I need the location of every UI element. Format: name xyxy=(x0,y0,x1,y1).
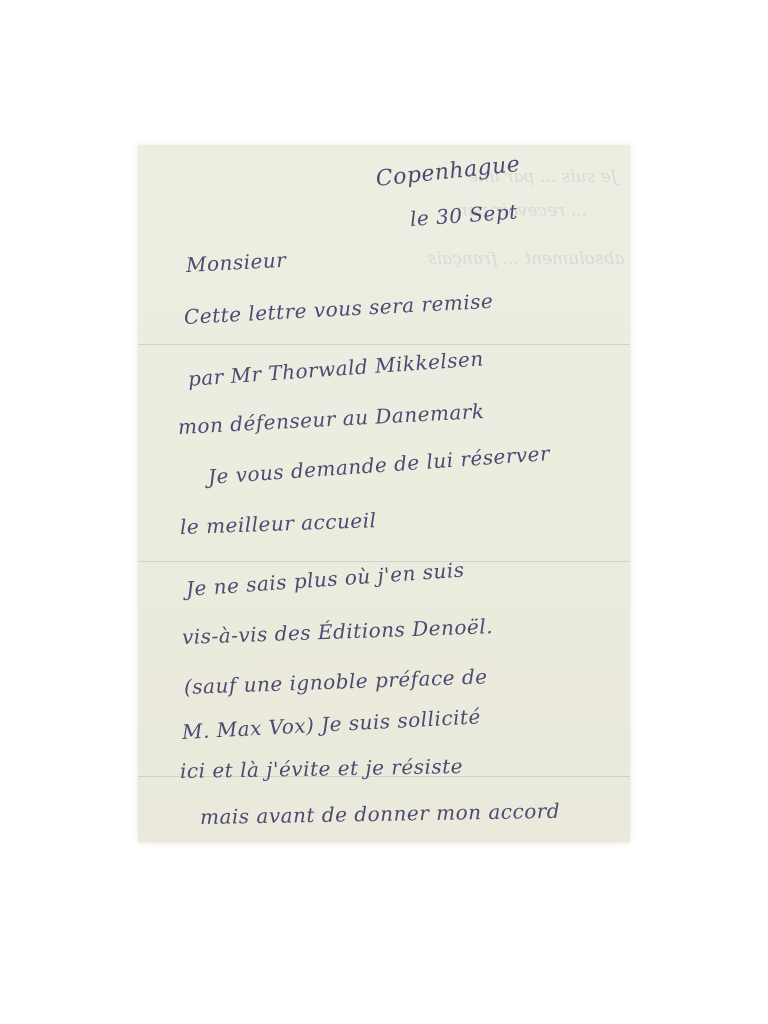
letter-line: mon défenseur au Danemark xyxy=(177,399,485,439)
letter-salutation: Monsieur xyxy=(185,248,286,277)
letter-date: le 30 Sept xyxy=(409,200,518,231)
letter-line: mais avant de donner mon accord xyxy=(200,799,561,829)
letter-line: (sauf une ignoble préface de xyxy=(184,664,488,699)
handwritten-letter-sheet: Je suis ... par une ... recevoir par ...… xyxy=(138,145,630,842)
fold-crease xyxy=(138,560,630,562)
letter-line: Je vous demande de lui réserver xyxy=(207,441,551,489)
letter-line: ici et là j'évite et je résiste xyxy=(180,754,463,783)
fold-crease xyxy=(138,343,630,345)
letter-line: le meilleur accueil xyxy=(180,508,377,539)
letter-line: M. Max Vox) Je suis sollicité xyxy=(181,704,481,744)
letter-line: vis-à-vis des Éditions Denoël. xyxy=(182,614,494,649)
bleed-through-text: absolument ... français xyxy=(428,249,625,269)
letter-line: Cette lettre vous sera remise xyxy=(183,289,493,329)
letter-line: par Mr Thorwald Mikkelsen xyxy=(187,346,484,391)
letter-line: Je ne sais plus où j'en suis xyxy=(185,558,465,601)
page-canvas: Je suis ... par une ... recevoir par ...… xyxy=(0,0,768,1024)
